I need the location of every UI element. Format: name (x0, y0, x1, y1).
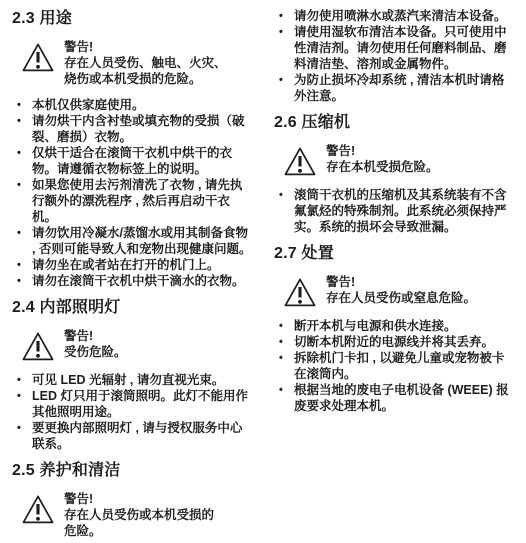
list-item: •请勿饮用冷凝水/蒸馏水或用其制备食物 , 否则可能导致人和宠物出现健康问题。 (12, 225, 254, 257)
warning-triangle-icon (283, 146, 317, 177)
section-heading: 2.4 内部照明灯 (12, 298, 254, 317)
warning-line: 存在人员受伤、触电、火灾、 (64, 55, 227, 71)
bullet-marker: • (12, 113, 32, 129)
warning-triangle-icon (21, 42, 55, 73)
list-item-text: 为防止损坏冷却系统 , 清洁本机时请格外注意。 (294, 72, 516, 104)
list-item-text: 请勿在滚筒干衣机中烘干滴水的衣物。 (32, 273, 254, 289)
list-item-text: 请勿使用喷淋水或蒸汽来清洁本设备。 (294, 8, 516, 24)
list-item: •根据当地的废电子电机设备 (WEEE) 报废要求处理本机。 (274, 382, 516, 414)
section-heading: 2.6 压缩机 (274, 113, 516, 132)
warning-line: 存在人员受伤或窒息危险。 (326, 290, 476, 306)
list-item-text: 请勿坐在或者站在打开的机门上。 (32, 257, 254, 273)
section-heading: 2.3 用途 (12, 9, 254, 28)
warning-triangle-icon (283, 277, 317, 308)
list-item-text: 要更换内部照明灯 , 请与授权服务中心联系。 (32, 420, 254, 452)
warning-line: 存在本机受损危险。 (326, 159, 439, 175)
list-item: •本机仅供家庭使用。 (12, 97, 254, 113)
warning-line: 存在人员受伤或本机受损的 (64, 507, 214, 523)
list-item-text: 拆除机门卡扣 , 以避免儿童或宠物被卡在滚筒内。 (294, 350, 516, 382)
list-item-text: 切断本机附近的电源线并将其丢弃。 (294, 334, 516, 350)
warning-triangle-icon (21, 494, 55, 525)
warning-title: 警告! (326, 143, 439, 159)
bullet-marker: • (12, 97, 32, 113)
list-item-text: LED 灯只用于滚筒照明。此灯不能用作其他照明用途。 (32, 388, 254, 420)
list-item: •滚筒干衣机的压缩机及其系统装有不含氟氯烃的特殊制剂。此系统必须保持严实。系统的… (274, 187, 516, 235)
section-heading: 2.5 养护和清洁 (12, 461, 254, 480)
warning-title: 警告! (326, 274, 476, 290)
list-item-text: 如果您使用去污剂清洗了衣物 , 请先执行额外的漂洗程序 , 然后再启动干衣机。 (32, 177, 254, 225)
list-item-text: 请勿烘干内含衬垫或填充物的受损（破裂、磨损）衣物。 (32, 113, 254, 145)
bullet-list: •可见 LED 光辐射 , 请勿直视光束。•LED 灯只用于滚筒照明。此灯不能用… (12, 372, 254, 452)
bullet-marker: • (274, 24, 294, 40)
warning-text: 警告!存在本机受损危险。 (326, 143, 439, 177)
warning-text: 警告!存在人员受伤、触电、火灾、烧伤或本机受损的危险。 (64, 39, 227, 87)
bullet-marker: • (274, 187, 294, 203)
warning-triangle-icon (21, 331, 55, 362)
bullet-marker: • (12, 257, 32, 273)
list-item-text: 本机仅供家庭使用。 (32, 97, 254, 113)
bullet-marker: • (274, 8, 294, 24)
bullet-marker: • (274, 318, 294, 334)
warning-note: 警告!存在人员受伤或窒息危险。 (283, 274, 516, 308)
bullet-marker: • (12, 145, 32, 161)
list-item: •请勿烘干内含衬垫或填充物的受损（破裂、磨损）衣物。 (12, 113, 254, 145)
list-item-text: 请使用湿软布清洁本设备。只可使用中性清洁剂。请勿使用任何磨料制品、磨料清洁垫、溶… (294, 24, 516, 72)
bullet-marker: • (12, 388, 32, 404)
warning-title: 警告! (64, 328, 127, 344)
bullet-list: •滚筒干衣机的压缩机及其系统装有不含氟氯烃的特殊制剂。此系统必须保持严实。系统的… (274, 187, 516, 235)
list-item-text: 滚筒干衣机的压缩机及其系统装有不含氟氯烃的特殊制剂。此系统必须保持严实。系统的损… (294, 187, 516, 235)
list-item: •为防止损坏冷却系统 , 清洁本机时请格外注意。 (274, 72, 516, 104)
warning-note: 警告!受伤危险。 (21, 328, 254, 362)
warning-title: 警告! (64, 491, 214, 507)
bullet-list: •请勿使用喷淋水或蒸汽来清洁本设备。•请使用湿软布清洁本设备。只可使用中性清洁剂… (274, 8, 516, 104)
list-item: •要更换内部照明灯 , 请与授权服务中心联系。 (12, 420, 254, 452)
list-item: •拆除机门卡扣 , 以避免儿童或宠物被卡在滚筒内。 (274, 350, 516, 382)
list-item: •切断本机附近的电源线并将其丢弃。 (274, 334, 516, 350)
bullet-marker: • (274, 350, 294, 366)
list-item-text: 根据当地的废电子电机设备 (WEEE) 报废要求处理本机。 (294, 382, 516, 414)
list-item: •断开本机与电源和供水连接。 (274, 318, 516, 334)
list-item: •请勿使用喷淋水或蒸汽来清洁本设备。 (274, 8, 516, 24)
bullet-marker: • (12, 420, 32, 436)
bullet-marker: • (12, 372, 32, 388)
section-heading: 2.7 处置 (274, 244, 516, 263)
bullet-marker: • (274, 72, 294, 88)
bullet-marker: • (12, 273, 32, 289)
list-item-text: 请勿饮用冷凝水/蒸馏水或用其制备食物 , 否则可能导致人和宠物出现健康问题。 (32, 225, 254, 257)
bullet-marker: • (274, 334, 294, 350)
warning-note: 警告!存在本机受损危险。 (283, 143, 516, 177)
bullet-marker: • (12, 177, 32, 193)
left-column: 2.3 用途 警告!存在人员受伤、触电、火灾、烧伤或本机受损的危险。•本机仅供家… (12, 8, 254, 543)
warning-line: 危险。 (64, 523, 214, 539)
warning-text: 警告!存在人员受伤或本机受损的危险。 (64, 491, 214, 539)
list-item: •请勿在滚筒干衣机中烘干滴水的衣物。 (12, 273, 254, 289)
bullet-marker: • (12, 225, 32, 241)
warning-line: 受伤危险。 (64, 344, 127, 360)
manual-page: 2.3 用途 警告!存在人员受伤、触电、火灾、烧伤或本机受损的危险。•本机仅供家… (0, 0, 526, 543)
list-item-text: 可见 LED 光辐射 , 请勿直视光束。 (32, 372, 254, 388)
list-item-text: 断开本机与电源和供水连接。 (294, 318, 516, 334)
bullet-list: •断开本机与电源和供水连接。•切断本机附近的电源线并将其丢弃。•拆除机门卡扣 ,… (274, 318, 516, 414)
right-column: •请勿使用喷淋水或蒸汽来清洁本设备。•请使用湿软布清洁本设备。只可使用中性清洁剂… (274, 8, 516, 543)
warning-title: 警告! (64, 39, 227, 55)
list-item: •请勿坐在或者站在打开的机门上。 (12, 257, 254, 273)
bullet-marker: • (274, 382, 294, 398)
list-item: •如果您使用去污剂清洗了衣物 , 请先执行额外的漂洗程序 , 然后再启动干衣机。 (12, 177, 254, 225)
warning-line: 烧伤或本机受损的危险。 (64, 71, 227, 87)
warning-note: 警告!存在人员受伤或本机受损的危险。 (21, 491, 254, 539)
warning-text: 警告!存在人员受伤或窒息危险。 (326, 274, 476, 308)
bullet-list: •本机仅供家庭使用。•请勿烘干内含衬垫或填充物的受损（破裂、磨损）衣物。•仅烘干… (12, 97, 254, 289)
list-item: •请使用湿软布清洁本设备。只可使用中性清洁剂。请勿使用任何磨料制品、磨料清洁垫、… (274, 24, 516, 72)
list-item-text: 仅烘干适合在滚筒干衣机中烘干的衣物。请遵循衣物标签上的说明。 (32, 145, 254, 177)
list-item: •仅烘干适合在滚筒干衣机中烘干的衣物。请遵循衣物标签上的说明。 (12, 145, 254, 177)
list-item: •可见 LED 光辐射 , 请勿直视光束。 (12, 372, 254, 388)
warning-note: 警告!存在人员受伤、触电、火灾、烧伤或本机受损的危险。 (21, 39, 254, 87)
warning-text: 警告!受伤危险。 (64, 328, 127, 362)
list-item: •LED 灯只用于滚筒照明。此灯不能用作其他照明用途。 (12, 388, 254, 420)
